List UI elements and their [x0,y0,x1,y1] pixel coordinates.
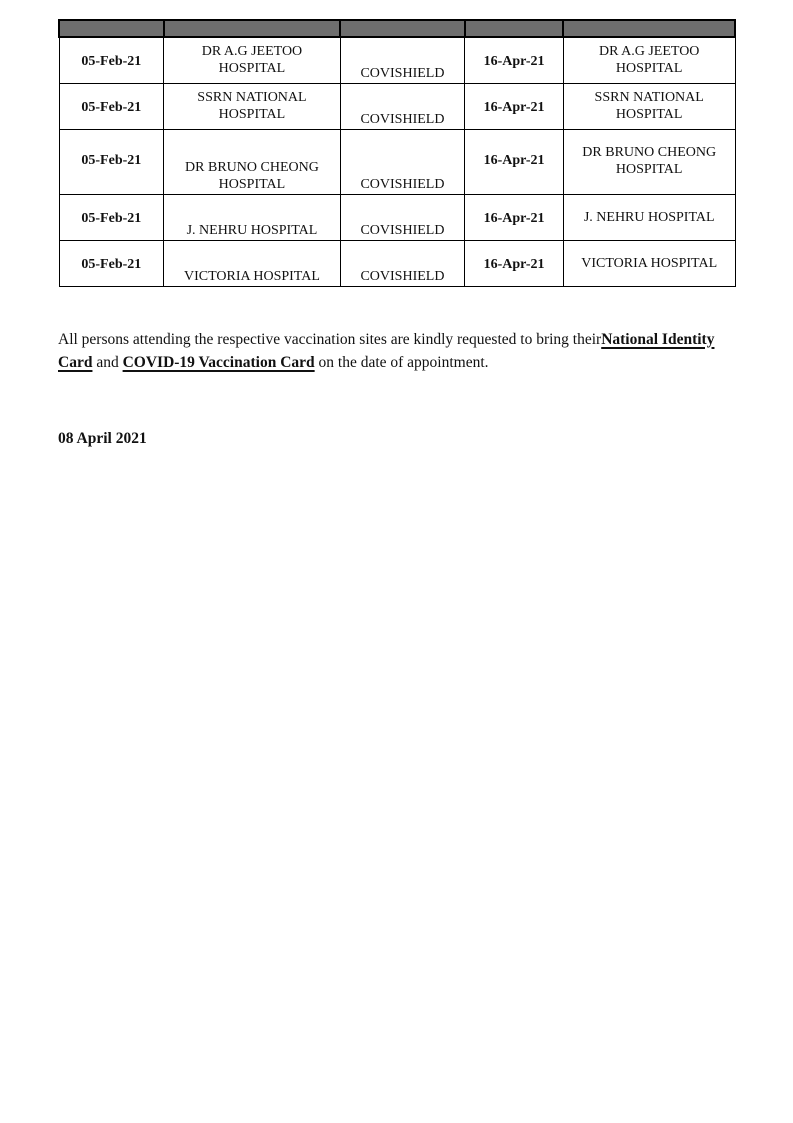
site-line: VICTORIA HOSPITAL [564,255,735,272]
first-dose-date: 05-Feb-21 [60,38,164,70]
site-line: HOSPITAL [164,106,340,123]
header-cell [563,20,735,37]
second-dose-site: SSRN NATIONALHOSPITAL [564,84,735,123]
first-dose-site: VICTORIA HOSPITAL [164,268,340,285]
second-dose-date: 16-Apr-21 [465,195,563,227]
table-row: 05-Feb-21 DR A.G JEETOOHOSPITAL COVISHIE… [59,37,735,84]
header-cell [59,20,164,37]
second-dose-site: J. NEHRU HOSPITAL [564,195,735,226]
table-row: 05-Feb-21 DR BRUNO CHEONGHOSPITAL COVISH… [59,130,735,195]
document-date: 08 April 2021 [58,430,147,448]
site-line: J. NEHRU HOSPITAL [564,209,735,226]
second-dose-site: VICTORIA HOSPITAL [564,241,735,272]
vaccine-name: COVISHIELD [341,222,464,239]
site-line: SSRN NATIONAL [564,89,735,106]
site-line: DR A.G JEETOO [164,43,340,60]
header-cell [164,20,341,37]
vaccination-schedule-table: 05-Feb-21 DR A.G JEETOOHOSPITAL COVISHIE… [58,19,736,287]
second-dose-site: DR BRUNO CHEONGHOSPITAL [564,130,735,178]
first-dose-date: 05-Feb-21 [60,84,164,116]
site-line: DR A.G JEETOO [564,43,735,60]
site-line: HOSPITAL [164,60,340,77]
first-dose-date: 05-Feb-21 [60,195,164,227]
first-dose-date: 05-Feb-21 [60,241,164,273]
site-line: HOSPITAL [164,176,340,193]
second-dose-date: 16-Apr-21 [465,38,563,70]
second-dose-date: 16-Apr-21 [465,130,563,169]
first-dose-site: DR A.G JEETOOHOSPITAL [164,38,340,77]
second-dose-date: 16-Apr-21 [465,241,563,273]
notice-text: on the date of appointment. [315,354,489,371]
vaccine-name: COVISHIELD [341,111,464,128]
vaccination-card-emphasis: COVID-19 Vaccination Card [123,354,315,371]
table-header-row [59,20,735,37]
vaccine-name: COVISHIELD [341,176,464,193]
second-dose-site: DR A.G JEETOOHOSPITAL [564,38,735,77]
first-dose-site: DR BRUNO CHEONGHOSPITAL [164,159,340,193]
table-row: 05-Feb-21 VICTORIA HOSPITAL COVISHIELD 1… [59,241,735,287]
site-line: HOSPITAL [564,161,735,178]
table-row: 05-Feb-21 SSRN NATIONALHOSPITAL COVISHIE… [59,84,735,130]
site-line: HOSPITAL [564,106,735,123]
site-line: HOSPITAL [564,60,735,77]
first-dose-site: J. NEHRU HOSPITAL [164,222,340,239]
first-dose-date: 05-Feb-21 [60,130,164,169]
notice-text: and [92,354,122,371]
vaccine-name: COVISHIELD [341,268,464,285]
site-line: DR BRUNO CHEONG [164,159,340,176]
table-row: 05-Feb-21 J. NEHRU HOSPITAL COVISHIELD 1… [59,195,735,241]
site-line: J. NEHRU HOSPITAL [164,222,340,239]
header-cell [340,20,464,37]
notice-paragraph: All persons attending the respective vac… [58,328,738,374]
site-line: VICTORIA HOSPITAL [164,268,340,285]
notice-text: All persons attending the respective vac… [58,331,601,348]
header-cell [465,20,564,37]
site-line: DR BRUNO CHEONG [564,144,735,161]
second-dose-date: 16-Apr-21 [465,84,563,116]
site-line: SSRN NATIONAL [164,89,340,106]
vaccine-name: COVISHIELD [341,65,464,82]
first-dose-site: SSRN NATIONALHOSPITAL [164,84,340,123]
